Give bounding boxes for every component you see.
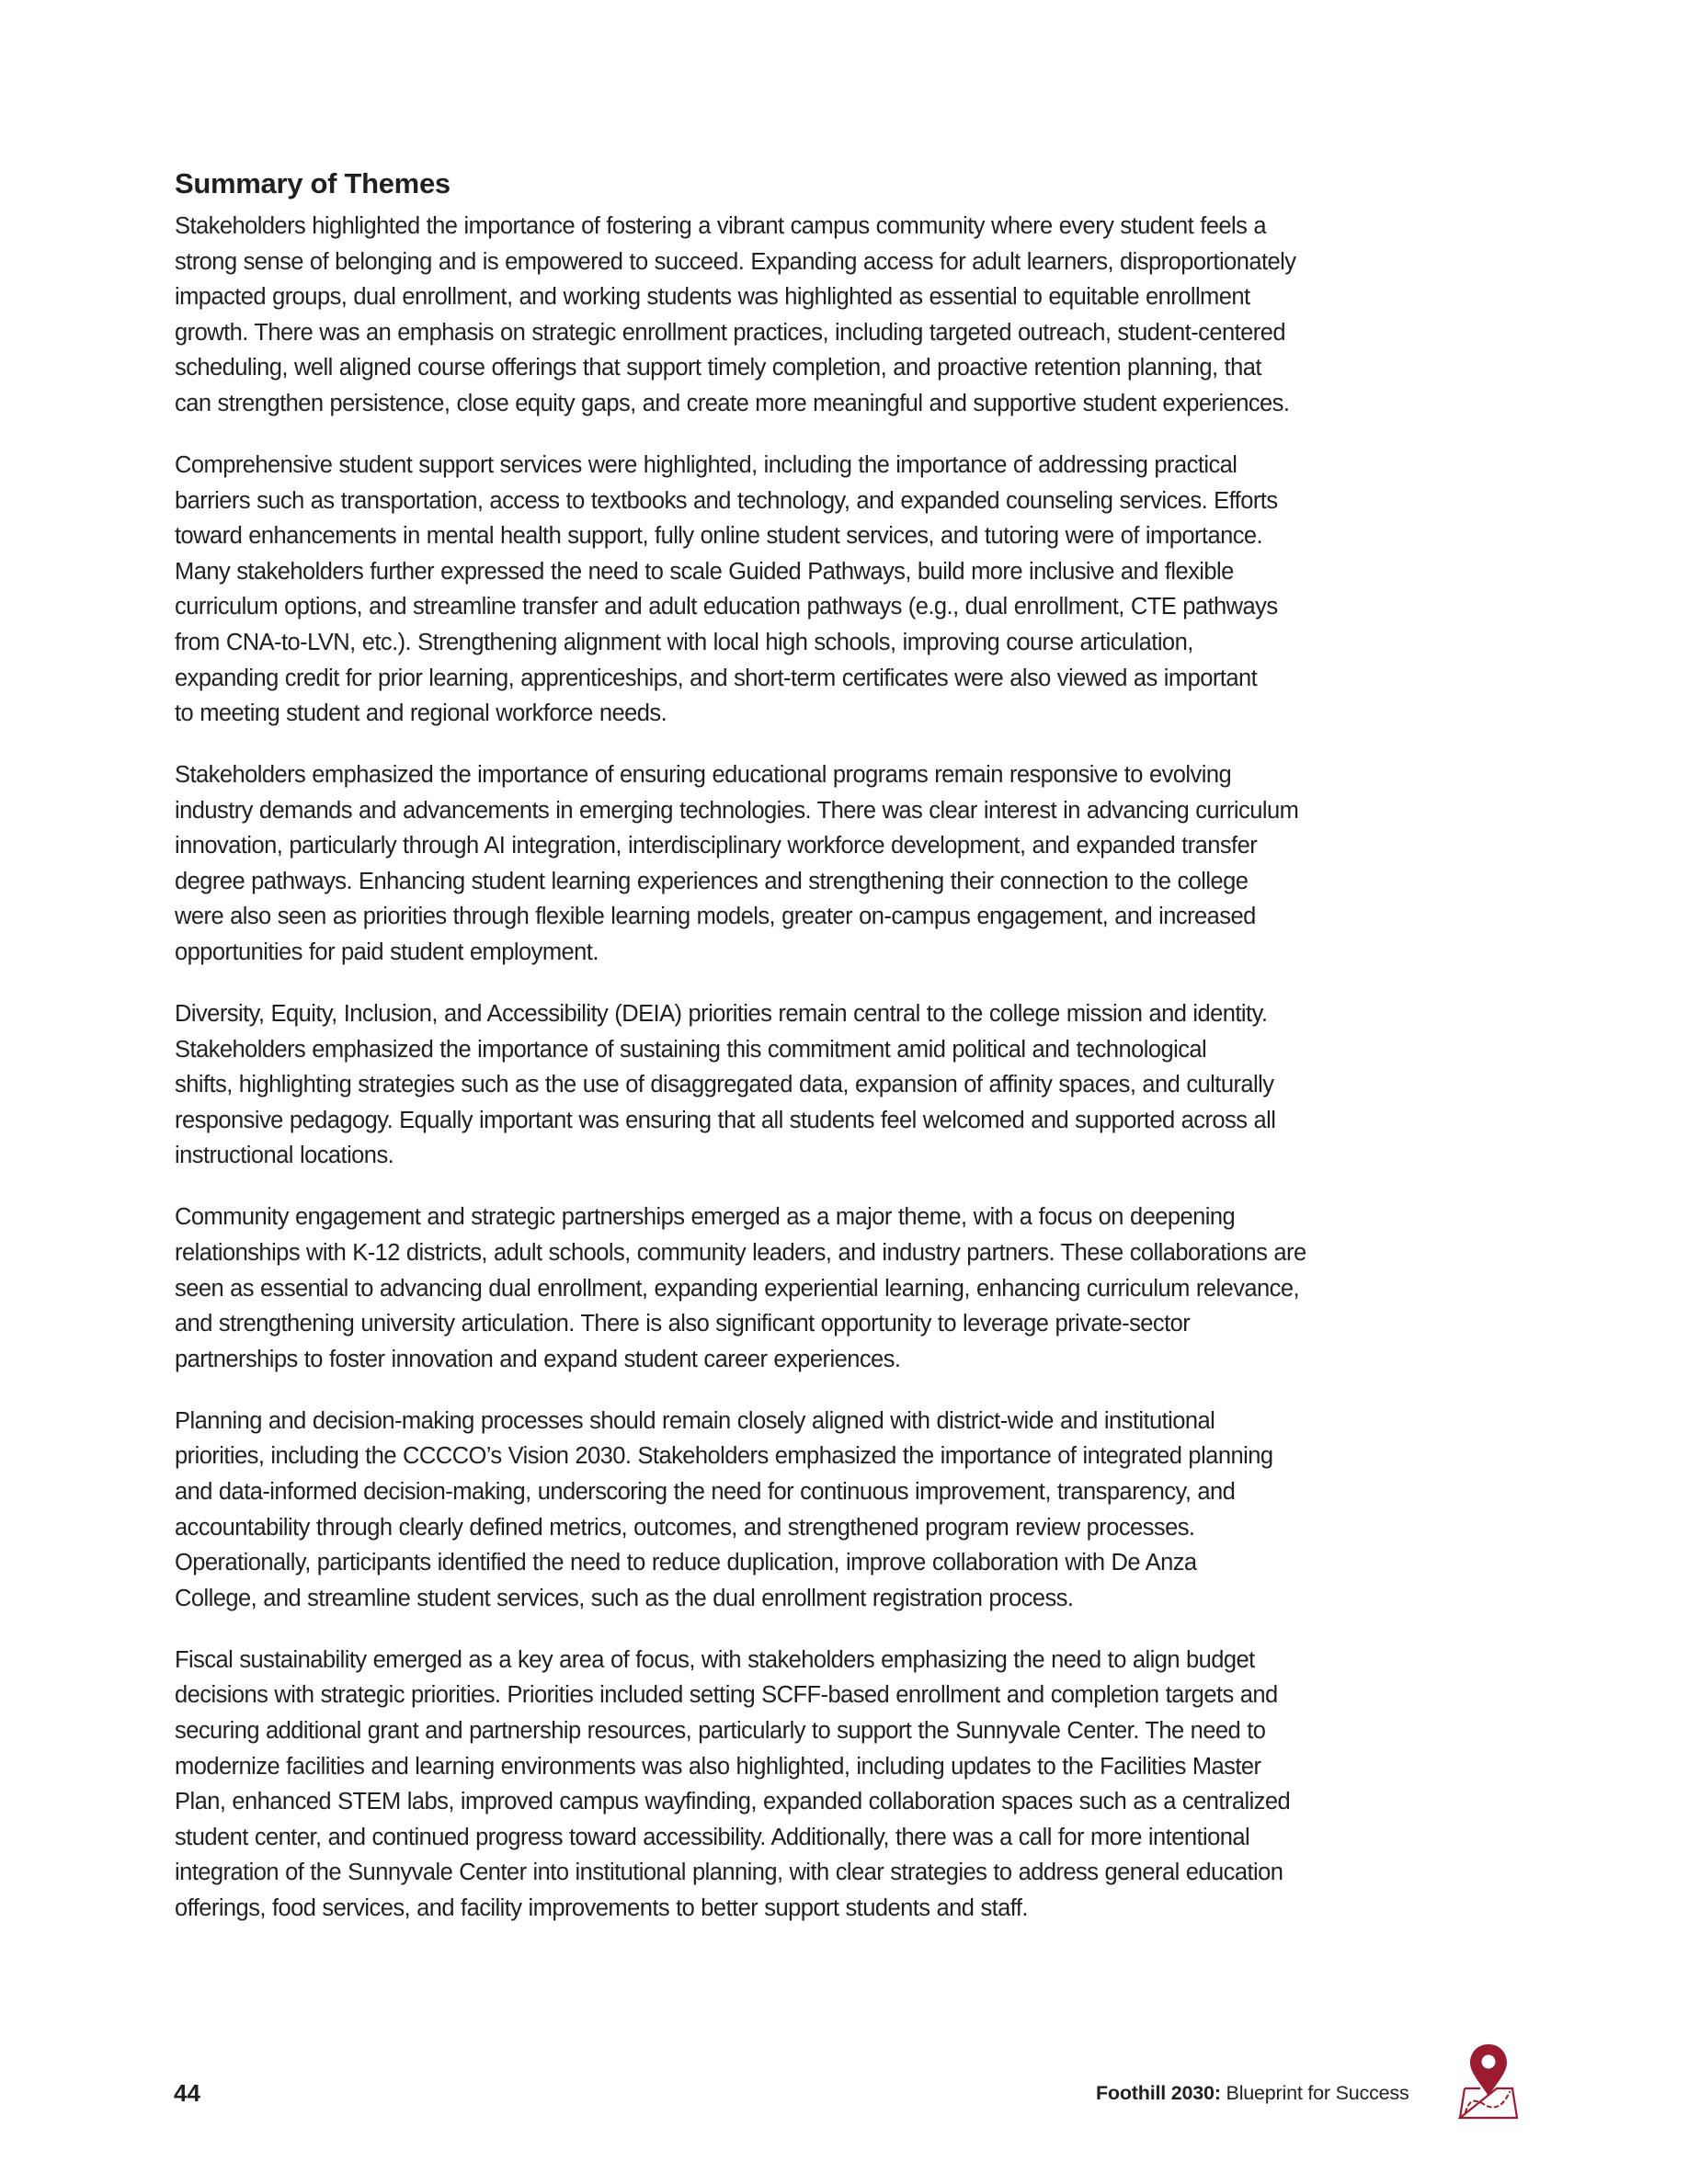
text-line: decisions with strategic priorities. Pri… <box>175 1678 1517 1713</box>
document-page: Summary of Themes Stakeholders highlight… <box>0 0 1688 2184</box>
text-line: opportunities for paid student employmen… <box>175 935 1517 971</box>
text-line: partnerships to foster innovation and ex… <box>175 1342 1517 1378</box>
text-line: relationships with K-12 districts, adult… <box>175 1235 1517 1271</box>
text-line: Comprehensive student support services w… <box>175 448 1517 483</box>
text-line: degree pathways. Enhancing student learn… <box>175 864 1517 900</box>
text-line: strong sense of belonging and is empower… <box>175 245 1517 280</box>
footer-title-regular: Blueprint for Success <box>1221 2082 1409 2104</box>
text-line: can strengthen persistence, close equity… <box>175 386 1517 422</box>
paragraph-deia: Diversity, Equity, Inclusion, and Access… <box>175 996 1517 1174</box>
footer-title: Foothill 2030: Blueprint for Success <box>1096 2081 1409 2105</box>
text-line: modernize facilities and learning enviro… <box>175 1749 1517 1785</box>
text-line: priorities, including the CCCCO’s Vision… <box>175 1439 1517 1474</box>
text-line: innovation, particularly through AI inte… <box>175 828 1517 864</box>
text-line: Diversity, Equity, Inclusion, and Access… <box>175 996 1517 1032</box>
text-line: Stakeholders emphasized the importance o… <box>175 1032 1517 1068</box>
paragraph-student-belonging: Stakeholders highlighted the importance … <box>175 209 1517 422</box>
text-line: accountability through clearly defined m… <box>175 1510 1517 1546</box>
text-line: Stakeholders highlighted the importance … <box>175 209 1517 245</box>
text-line: Planning and decision-making processes s… <box>175 1404 1517 1439</box>
text-line: and data-informed decision-making, under… <box>175 1474 1517 1510</box>
text-line: student center, and continued progress t… <box>175 1820 1517 1856</box>
paragraph-fiscal-sustainability: Fiscal sustainability emerged as a key a… <box>175 1643 1517 1927</box>
text-line: integration of the Sunnyvale Center into… <box>175 1855 1517 1891</box>
footer-title-bold: Foothill 2030: <box>1096 2082 1221 2104</box>
text-line: industry demands and advancements in eme… <box>175 793 1517 829</box>
text-line: scheduling, well aligned course offering… <box>175 350 1517 386</box>
section-heading: Summary of Themes <box>175 166 1517 201</box>
text-line: Stakeholders emphasized the importance o… <box>175 757 1517 793</box>
text-line: growth. There was an emphasis on strateg… <box>175 315 1517 351</box>
text-line: College, and streamline student services… <box>175 1581 1517 1617</box>
text-line: Community engagement and strategic partn… <box>175 1200 1517 1235</box>
text-line: impacted groups, dual enrollment, and wo… <box>175 279 1517 315</box>
text-line: offerings, food services, and facility i… <box>175 1891 1517 1927</box>
text-line: to meeting student and regional workforc… <box>175 696 1517 732</box>
main-content: Summary of Themes Stakeholders highlight… <box>175 166 1517 1952</box>
text-line: Operationally, participants identified t… <box>175 1545 1517 1581</box>
text-line: barriers such as transportation, access … <box>175 483 1517 519</box>
text-line: responsive pedagogy. Equally important w… <box>175 1103 1517 1139</box>
text-line: shifts, highlighting strategies such as … <box>175 1067 1517 1103</box>
page-number: 44 <box>174 2079 200 2107</box>
text-line: securing additional grant and partnershi… <box>175 1713 1517 1749</box>
text-line: from CNA-to-LVN, etc.). Strengthening al… <box>175 625 1517 661</box>
text-line: Fiscal sustainability emerged as a key a… <box>175 1643 1517 1678</box>
text-line: toward enhancements in mental health sup… <box>175 518 1517 554</box>
text-line: Many stakeholders further expressed the … <box>175 554 1517 590</box>
text-line: Plan, enhanced STEM labs, improved campu… <box>175 1784 1517 1820</box>
text-line: instructional locations. <box>175 1138 1517 1174</box>
paragraph-community-engagement: Community engagement and strategic partn… <box>175 1200 1517 1377</box>
paragraph-educational-programs: Stakeholders emphasized the importance o… <box>175 757 1517 971</box>
map-pin-icon <box>1458 2042 1519 2121</box>
paragraph-planning: Planning and decision-making processes s… <box>175 1404 1517 1617</box>
paragraph-student-support: Comprehensive student support services w… <box>175 448 1517 732</box>
text-line: seen as essential to advancing dual enro… <box>175 1271 1517 1307</box>
text-line: were also seen as priorities through fle… <box>175 899 1517 935</box>
text-line: expanding credit for prior learning, app… <box>175 661 1517 697</box>
text-line: curriculum options, and streamline trans… <box>175 589 1517 625</box>
text-line: and strengthening university articulatio… <box>175 1306 1517 1342</box>
